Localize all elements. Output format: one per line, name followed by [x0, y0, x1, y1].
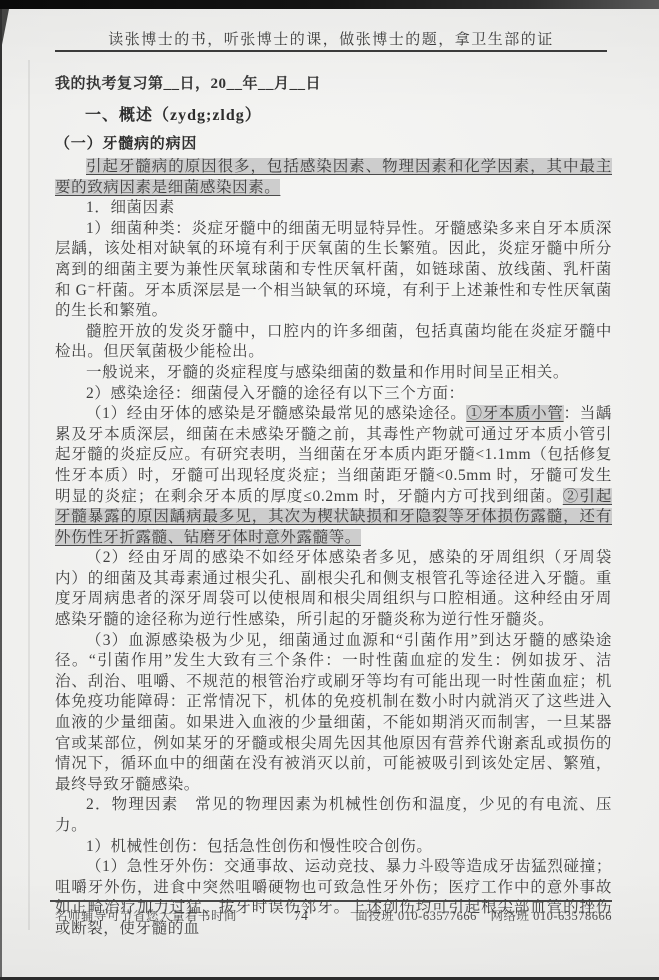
document-content: 我的执考复习第__日，20__年__月__日 一、概述（zydg;zldg） （…	[55, 66, 612, 940]
header-rule	[55, 50, 607, 52]
text-run: 2．物理因素 常见的物理因素为机械性创伤和温度，少见的有电流、压力。	[55, 796, 612, 834]
scan-left-edge	[0, 9, 2, 980]
text-run: 1）细菌种类：炎症牙髓中的细菌无明显特异性。牙髓感染多来自牙本质深层龋，该处相对…	[55, 220, 612, 319]
footer-rule	[50, 900, 612, 902]
text-run: 髓腔开放的发炎牙髓中，口腔内的许多细菌，包括真菌均能在炎症牙髓中检出。但厌氧菌极…	[55, 323, 612, 361]
text-run: 1）机械性创伤：包括急性创伤和慢性咬合创伤。	[86, 838, 432, 855]
page-spine-shadow	[28, 60, 30, 930]
highlighted-key-text: ①牙本质小管	[466, 405, 563, 422]
body-paragraph: 引起牙髓病的原因很多，包括感染因素、物理因素和化学因素，其中最主要的致病因素是细…	[55, 157, 612, 198]
body-paragraph: 2．物理因素 常见的物理因素为机械性创伤和温度，少见的有电流、压力。	[55, 795, 612, 836]
body-paragraph: （1）经由牙体的感染是牙髓感染最常见的感染途径。①牙本质小管：当龋累及牙本质深层…	[55, 404, 612, 548]
body-paragraph: （3）血源感染极为少见，细菌通过血源和“引菌作用”到达牙髓的感染途径。“引菌作用…	[55, 631, 612, 796]
body-paragraph: 2）感染途径：细菌侵入牙髓的途径有以下三个方面：	[55, 384, 612, 405]
text-run: （1）急性牙外伤：交通事故、运动竞技、暴力斗殴等造成牙齿猛烈碰撞；咀嚼牙外伤，进…	[55, 858, 612, 937]
paragraph-container: 引起牙髓病的原因很多，包括感染因素、物理因素和化学因素，其中最主要的致病因素是细…	[55, 157, 612, 940]
scan-top-edge	[0, 0, 659, 9]
header-slogan: 读张博士的书，听张博士的课，做张博士的题，拿卫生部的证	[55, 28, 607, 49]
body-paragraph: 一般说来，牙髓的炎症程度与感染细菌的数量和作用时间呈正相关。	[55, 363, 612, 384]
body-paragraph: （1）急性牙外伤：交通事故、运动竞技、暴力斗殴等造成牙齿猛烈碰撞；咀嚼牙外伤，进…	[55, 857, 612, 939]
body-paragraph: 1）机械性创伤：包括急性创伤和慢性咬合创伤。	[55, 837, 612, 858]
page-footer: 名师辅导可节省您大量看书时间 74 面授班 010-63577666 网络班 0…	[55, 906, 612, 924]
body-paragraph: （2）经由牙周的感染不如经牙体感染者多见，感染的牙周组织（牙周袋内）的细菌及其毒…	[55, 548, 612, 630]
text-run: （1）经由牙体的感染是牙髓感染最常见的感染途径。	[86, 405, 466, 422]
footer-online-class-phone: 网络班 010-63578666	[490, 909, 612, 923]
scanned-page: 读张博士的书，听张博士的课，做张博士的题，拿卫生部的证 我的执考复习第__日，2…	[0, 0, 659, 980]
page-number: 74	[271, 908, 331, 924]
body-paragraph: 1）细菌种类：炎症牙髓中的细菌无明显特异性。牙髓感染多来自牙本质深层龋，该处相对…	[55, 219, 612, 322]
footer-onsite-class-phone: 面授班 010-63577666	[355, 909, 477, 923]
highlighted-key-text: 引起牙髓病的原因很多，包括感染因素、物理因素和化学因素，其中最主要的致病因素是细…	[55, 158, 612, 196]
review-progress-line: 我的执考复习第__日，20__年__月__日	[55, 72, 612, 93]
text-run: 1．细菌因素	[86, 199, 175, 216]
text-run: 一般说来，牙髓的炎症程度与感染细菌的数量和作用时间呈正相关。	[86, 364, 569, 381]
body-paragraph: 1．细菌因素	[55, 198, 612, 219]
text-run: （2）经由牙周的感染不如经牙体感染者多见，感染的牙周组织（牙周袋内）的细菌及其毒…	[55, 549, 612, 628]
section-heading: （一）牙髓病的病因	[55, 132, 612, 153]
chapter-heading: 一、概述（zydg;zldg）	[85, 102, 612, 125]
text-run: （3）血源感染极为少见，细菌通过血源和“引菌作用”到达牙髓的感染途径。“引菌作用…	[55, 632, 612, 793]
footer-contacts: 面授班 010-63577666 网络班 010-63578666	[331, 906, 612, 924]
text-run: 2）感染途径：细菌侵入牙髓的途径有以下三个方面：	[86, 385, 465, 402]
footer-left-text: 名师辅导可节省您大量看书时间	[55, 906, 271, 924]
body-paragraph: 髓腔开放的发炎牙髓中，口腔内的许多细菌，包括真菌均能在炎症牙髓中检出。但厌氧菌极…	[55, 322, 612, 363]
